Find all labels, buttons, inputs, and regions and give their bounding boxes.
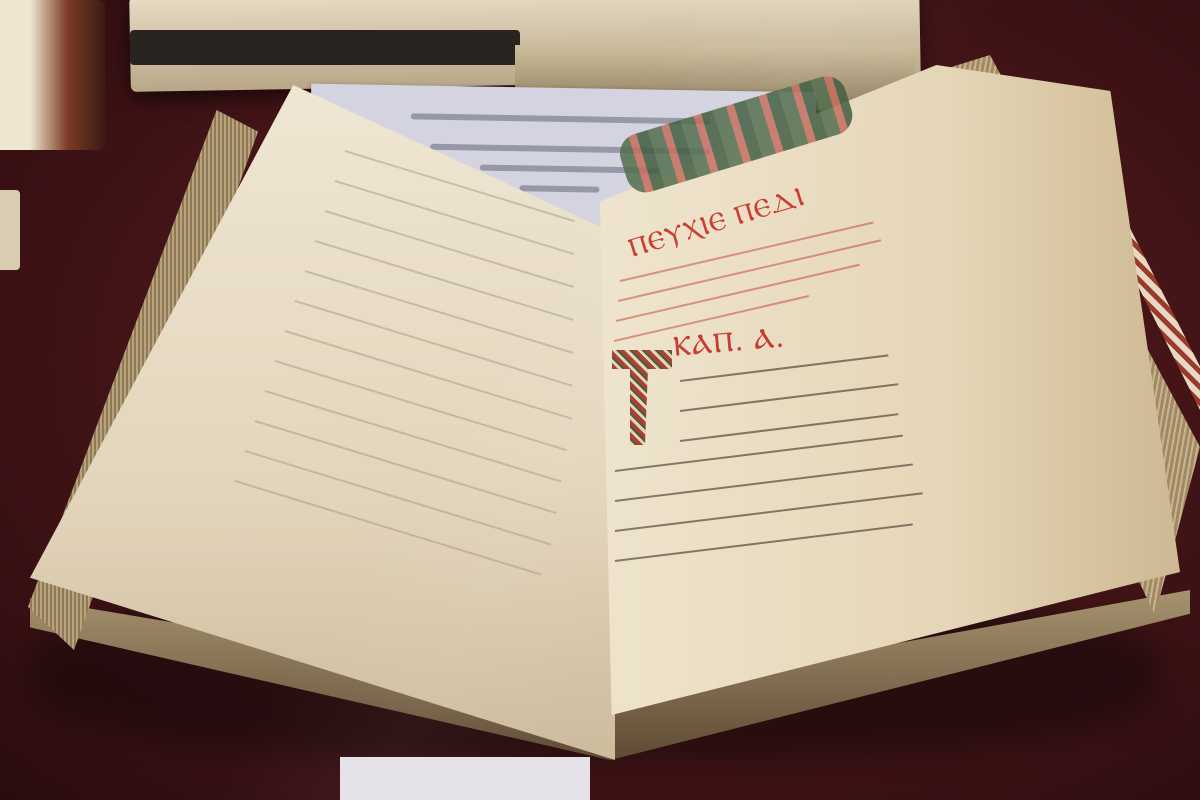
- glass-reflection: [0, 0, 1200, 800]
